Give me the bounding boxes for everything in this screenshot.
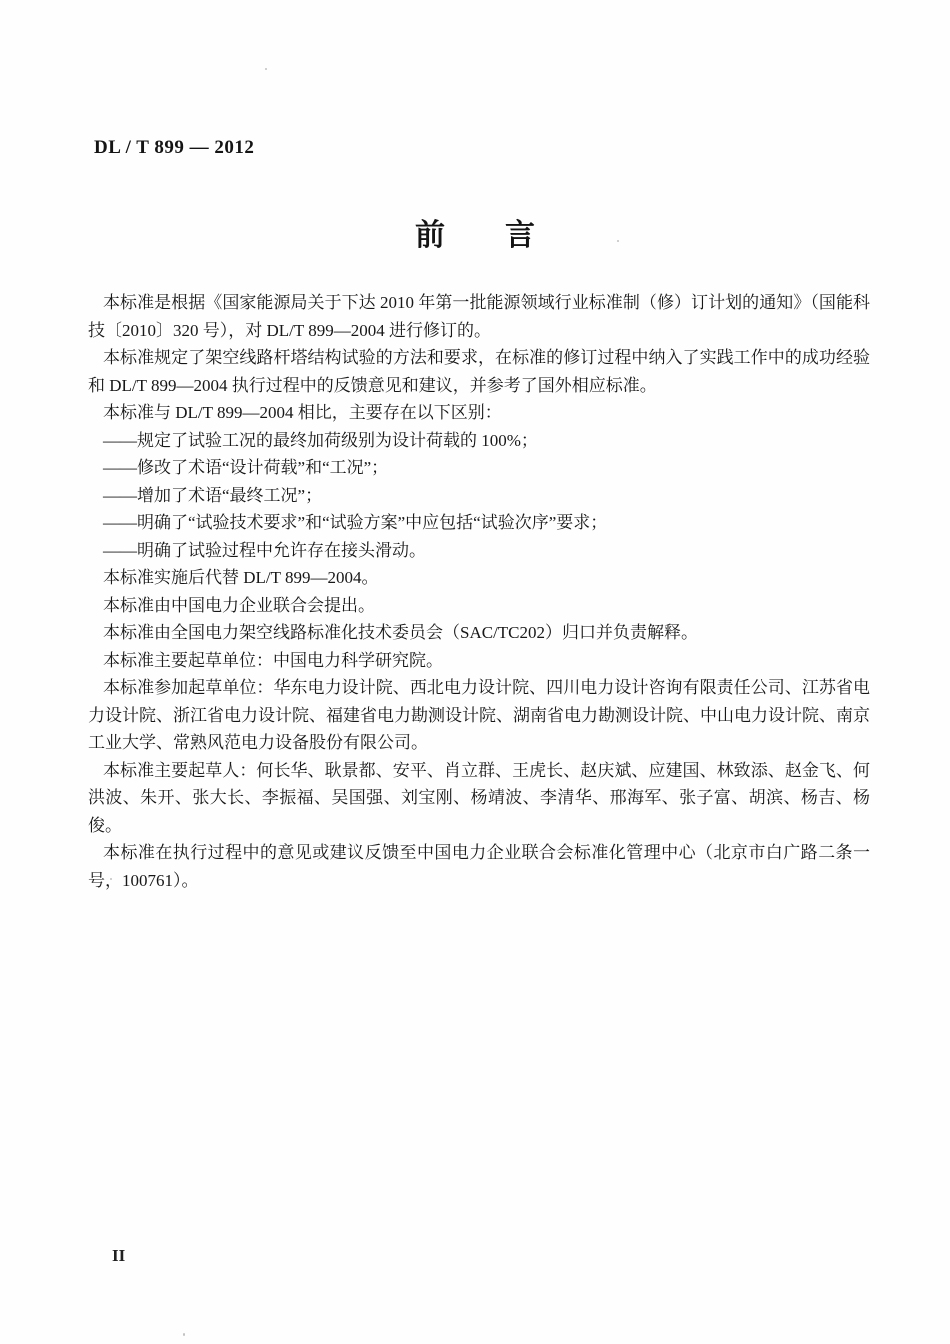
page-number: II <box>112 1246 125 1266</box>
scan-speck <box>265 68 267 70</box>
scan-speck <box>110 878 112 880</box>
standard-code: DL / T 899 — 2012 <box>94 137 254 159</box>
foreword-body: 本标准是根据《国家能源局关于下达 2010 年第一批能源领域行业标准制（修）订计… <box>88 289 870 894</box>
paragraph: 本标准实施后代替 DL/T 899—2004。 <box>88 564 870 592</box>
paragraph: 本标准与 DL/T 899—2004 相比，主要存在以下区别： <box>88 399 870 427</box>
document-page: DL / T 899 — 2012 前 言 本标准是根据《国家能源局关于下达 2… <box>0 0 950 1344</box>
paragraph: 本标准主要起草人：何长华、耿景都、安平、肖立群、王虎长、赵庆斌、应建国、林致添、… <box>88 757 870 840</box>
scan-speck <box>183 1333 185 1336</box>
page-title: 前 言 <box>0 210 950 254</box>
paragraph: ——明确了试验过程中允许存在接头滑动。 <box>88 537 870 565</box>
paragraph: ——修改了术语“设计荷载”和“工况”； <box>88 454 870 482</box>
paragraph: 本标准参加起草单位：华东电力设计院、西北电力设计院、四川电力设计咨询有限责任公司… <box>88 674 870 757</box>
paragraph: 本标准规定了架空线路杆塔结构试验的方法和要求，在标准的修订过程中纳入了实践工作中… <box>88 344 870 399</box>
paragraph: ——增加了术语“最终工况”； <box>88 482 870 510</box>
paragraph: 本标准由全国电力架空线路标准化技术委员会（SAC/TC202）归口并负责解释。 <box>88 619 870 647</box>
paragraph: 本标准是根据《国家能源局关于下达 2010 年第一批能源领域行业标准制（修）订计… <box>88 289 870 344</box>
paragraph: ——规定了试验工况的最终加荷级别为设计荷载的 100%； <box>88 427 870 455</box>
paragraph: 本标准在执行过程中的意见或建议反馈至中国电力企业联合会标准化管理中心（北京市白广… <box>88 839 870 894</box>
paragraph: ——明确了“试验技术要求”和“试验方案”中应包括“试验次序”要求； <box>88 509 870 537</box>
paragraph: 本标准由中国电力企业联合会提出。 <box>88 592 870 620</box>
scan-speck <box>617 240 619 242</box>
paragraph: 本标准主要起草单位：中国电力科学研究院。 <box>88 647 870 675</box>
